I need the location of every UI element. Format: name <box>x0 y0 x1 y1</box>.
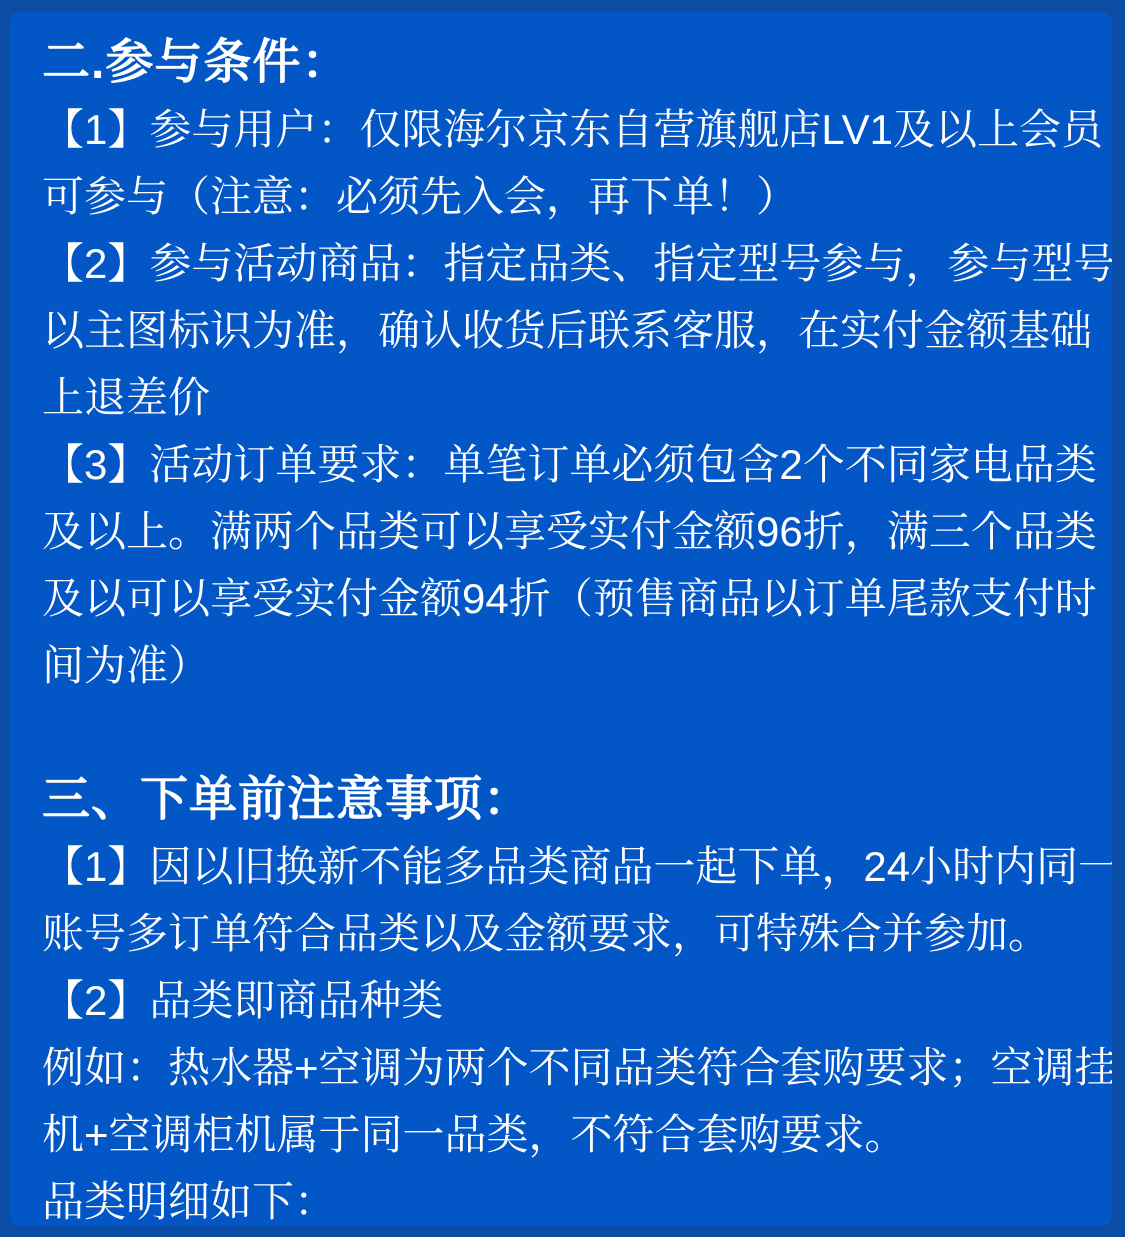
rule-line: 及以可以享受实付金额94折（预售商品以订单尾款支付时 <box>42 565 1094 632</box>
rule-line: 【1】因以旧换新不能多品类商品一起下单，24小时内同一 <box>42 833 1094 900</box>
section-participation-conditions: 二.参与条件： 【1】参与用户：仅限海尔京东自营旗舰店LV1及以上会员 可参与（… <box>42 29 1094 699</box>
rule-line: 可参与（注意：必须先入会，再下单！） <box>42 163 1094 230</box>
rule-line: 以主图标识为准，确认收货后联系客服，在实付金额基础 <box>42 297 1094 364</box>
rule-line: 【3】活动订单要求：单笔订单必须包含2个不同家电品类 <box>42 431 1094 498</box>
promo-rules-panel: 二.参与条件： 【1】参与用户：仅限海尔京东自营旗舰店LV1及以上会员 可参与（… <box>10 12 1112 1226</box>
rule-line: 机+空调柜机属于同一品类，不符合套购要求。 <box>42 1101 1094 1168</box>
rule-line: 例如：热水器+空调为两个不同品类符合套购要求；空调挂 <box>42 1034 1094 1101</box>
rule-line: 【2】品类即商品种类 <box>42 967 1094 1034</box>
promo-rules-page: 二.参与条件： 【1】参与用户：仅限海尔京东自营旗舰店LV1及以上会员 可参与（… <box>0 0 1125 1237</box>
section-heading-participation-conditions: 二.参与条件： <box>42 29 1094 96</box>
rule-line: 及以上。满两个品类可以享受实付金额96折，满三个品类 <box>42 498 1094 565</box>
rule-line: 【1】参与用户：仅限海尔京东自营旗舰店LV1及以上会员 <box>42 96 1094 163</box>
section-spacer <box>42 699 1094 766</box>
rule-line: 上退差价 <box>42 364 1094 431</box>
section-pre-order-notes: 三、下单前注意事项： 【1】因以旧换新不能多品类商品一起下单，24小时内同一 账… <box>42 766 1094 1226</box>
rule-line: 【2】参与活动商品：指定品类、指定型号参与，参与型号 <box>42 230 1094 297</box>
rule-line: 账号多订单符合品类以及金额要求，可特殊合并参加。 <box>42 900 1094 967</box>
section-heading-pre-order-notes: 三、下单前注意事项： <box>42 766 1094 833</box>
rule-line: 品类明细如下： <box>42 1168 1094 1226</box>
rule-line: 间为准） <box>42 632 1094 699</box>
